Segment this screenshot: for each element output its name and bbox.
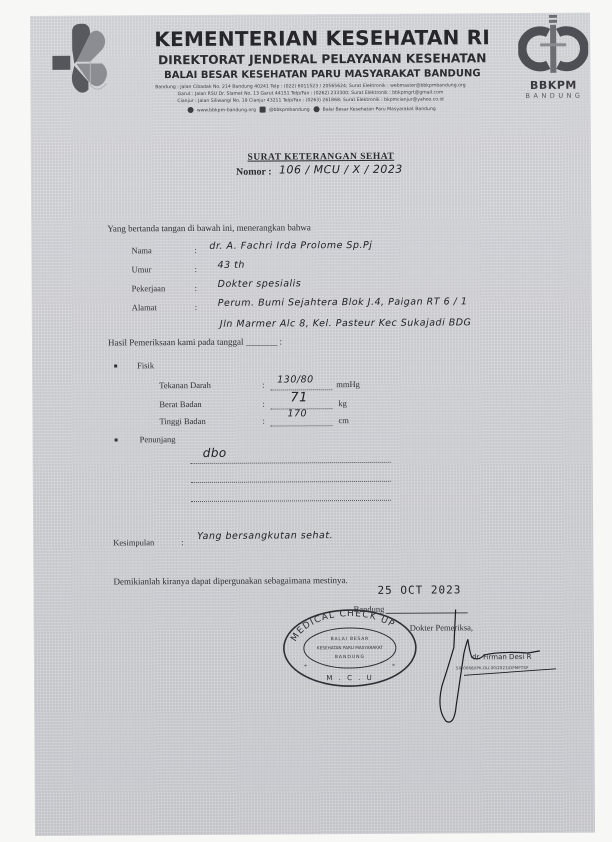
colon: : [195,302,197,312]
dotted-line [191,481,391,483]
field-value-alamat-1: Perum. Bumi Sejahtera Blok J.4, Paigan R… [218,296,468,309]
bbkpm-logo-text: BBKPM [518,79,588,92]
fisik-label-berat-badan: Berat Badan [159,399,201,409]
colon: : [262,399,264,409]
field-label-umur: Umur [132,264,152,274]
bullet-fisik [114,364,117,367]
fisik-value-berat-badan: 71 [290,390,308,405]
bbkpm-logo-city: BANDUNG [516,92,592,100]
globe-icon [187,107,193,113]
fisik-unit-berat-badan: kg [338,398,347,408]
ministry-title: KEMENTERIAN KESEHATAN RI [122,25,522,51]
svg-text:KESEHATAN PARU MASYARAKAT: KESEHATAN PARU MASYARAKAT [317,645,383,650]
dotted-line [191,462,391,464]
instagram-handle[interactable]: @bbkpmbandung [269,108,310,113]
website-link[interactable]: www.bbkpm-bandung.org [197,108,256,113]
svg-text:BANDUNG: BANDUNG [335,654,365,660]
penunjang-label: Penunjang [140,434,176,444]
field-value-umur: 43 th [217,260,244,271]
nomor-value: 106 / MCU / X / 2023 [279,163,403,177]
social-links: www.bbkpm-bandung.org @bbkpmbandung Bala… [71,105,551,114]
document-title: SURAT KETERANGAN SEHAT [231,152,411,163]
institution-title: BALAI BESAR KESEHATAN PARU MASYARAKAT BA… [122,68,522,81]
dotted-line [271,425,333,426]
colon: : [262,380,264,390]
penunjang-value: dbo [203,446,227,460]
fisik-unit-tekanan-darah: mmHg [336,379,360,389]
closing-text: Demikianlah kiranya dapat dipergunakan s… [113,575,347,586]
intro-text: Yang bertanda tangan di bawah ini, mener… [107,222,311,233]
field-label-alamat: Alamat [132,302,157,312]
instagram-icon [259,107,265,113]
kesimpulan-label: Kesimpulan [113,537,154,547]
svg-text:BALAI BESAR: BALAI BESAR [331,636,370,642]
doctor-name: dr. Firman Desi R [472,653,532,661]
colon: : [181,537,183,547]
directorate-title: DIREKTORAT JENDERAL PELAYANAN KESEHATAN [122,51,522,67]
svg-text:*: * [392,664,395,670]
date-stamp: 25 OCT 2023 [377,583,461,597]
fisik-value-tekanan-darah: 130/80 [277,374,313,385]
kemenkes-logo-icon [52,23,124,93]
svg-text:M . C . U: M . C . U [326,674,373,682]
fisik-label-tekanan-darah: Tekanan Darah [159,380,211,390]
facebook-page[interactable]: Balai Besar Kesehatan Paru Masyarakat Ba… [323,107,436,113]
colon: : [195,283,197,293]
address-cianjur: Cianjur : Jalan Siliwangi No. 19 Cianjur… [71,97,551,105]
doctor-sip: SIP.0068/IPK.DU.00/2023/DPMPTSP [456,665,528,670]
field-value-nama: dr. A. Fachri Irda Prolome Sp.Pj [209,240,372,252]
field-label-nama: Nama [131,245,151,255]
nomor-label: Nomor : [236,167,272,178]
field-value-pekerjaan: Dokter spesialis [218,278,302,290]
colon: : [194,245,196,255]
kesimpulan-value: Yang bersangkutan sehat. [197,530,333,542]
svg-text:*: * [304,664,307,670]
bullet-penunjang [115,438,118,441]
facebook-icon [313,106,319,112]
colon: : [195,264,197,274]
field-label-pekerjaan: Pekerjaan [132,283,166,293]
medical-checkup-stamp-icon: MEDICAL CHECK UP BALAI BESAR KESEHATAN P… [280,606,421,691]
fisik-label-tinggi-badan: Tinggi Badan [159,416,205,426]
fisik-label: Fisik [137,360,154,370]
fisik-unit-tinggi-badan: cm [338,415,348,425]
field-value-alamat-2: Jln Marmer Alc 8, Kel. Pasteur Kec Sukaj… [220,317,472,330]
exam-intro: Hasil Pemeriksaan kami pada tanggal ____… [108,336,282,347]
dotted-line [191,500,391,502]
colon: : [262,416,264,426]
scanned-document-page: KEMENTERIAN KESEHATAN RI DIREKTORAT JEND… [30,13,595,836]
fisik-value-tinggi-badan: 170 [287,408,307,419]
bbkpm-logo-icon [518,15,588,77]
